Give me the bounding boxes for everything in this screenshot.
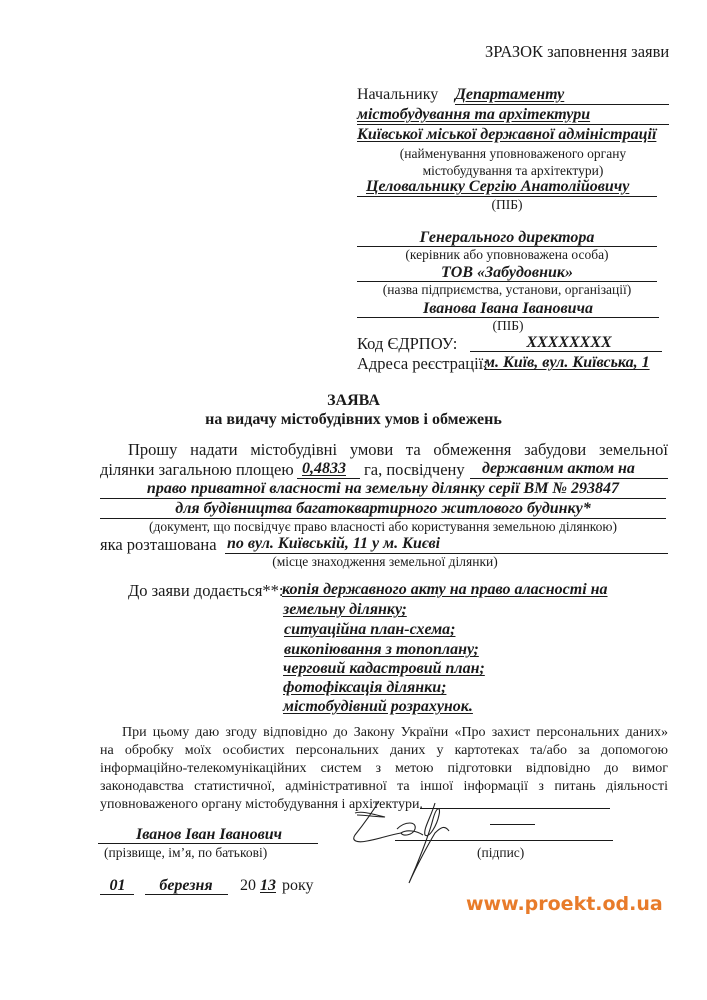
- attachments-label: До заяви додається**:: [128, 581, 284, 601]
- company-caption: (назва підприємства, установи, організац…: [357, 282, 657, 298]
- edrpou-label: Код ЄДРПОУ:: [357, 334, 457, 354]
- underline: [100, 498, 666, 499]
- underline: [455, 104, 669, 105]
- consent-line: законодавства статистичної, адміністрати…: [100, 779, 668, 795]
- consent-line: на обробку моїх особистих персональних д…: [100, 743, 668, 759]
- attachment-item: земельну ділянку;: [283, 601, 407, 619]
- underline: [145, 894, 228, 895]
- consent-line: При цьому даю згоду відповідно до Закону…: [122, 725, 668, 741]
- address-label: Адреса реєстрації:: [357, 354, 488, 374]
- attachment-item: фотофіксація ділянки;: [283, 679, 446, 697]
- underline: [470, 478, 668, 479]
- attachment-item: черговий кадастровий план;: [283, 660, 485, 678]
- document-part-1: державним актом на: [482, 460, 635, 478]
- document-title: ЗАЯВА: [0, 392, 707, 410]
- department-line-3: Київської міської державної адміністраці…: [357, 126, 656, 144]
- date-year-suffix: 13: [260, 877, 276, 895]
- signer-full-name: Іванов Іван Іванович: [100, 826, 318, 844]
- attachment-item: копія державного акту на право аласності…: [282, 581, 608, 599]
- sample-label: ЗРАЗОК заповнення заяви: [485, 42, 669, 62]
- website-link[interactable]: www.proekt.od.ua: [466, 893, 663, 915]
- area-prefix: ділянки загальною площею: [100, 460, 294, 480]
- location-prefix: яка розташована: [100, 535, 217, 555]
- head-name-caption: (ПІБ): [357, 197, 657, 213]
- edrpou-value: XXXXXXXX: [476, 334, 662, 352]
- attachment-item: містобудівний розрахунок.: [283, 698, 473, 716]
- department-caption-2: містобудування та архітектури): [357, 163, 669, 179]
- applicant-name: Іванова Івана Івановича: [357, 300, 659, 318]
- location-caption: (місце знаходження земельної ділянки): [225, 554, 545, 570]
- date-day: 01: [101, 877, 134, 895]
- handwritten-signature-icon: [345, 795, 505, 895]
- underline: [297, 478, 360, 479]
- attachment-item: ситуаційна план-схема;: [284, 621, 455, 639]
- date-year-prefix: 20: [240, 877, 256, 895]
- underline: [357, 124, 669, 125]
- underline: [470, 351, 662, 352]
- location-value: по вул. Київській, 11 у м. Києві: [227, 535, 440, 553]
- address-value: м. Київ, вул. Київська, 1: [484, 354, 650, 372]
- area-value: 0,4833: [302, 460, 346, 478]
- department-line-1: Департаменту: [455, 86, 564, 104]
- document-part-3: для будівництва багатоквартирного житлов…: [100, 500, 666, 518]
- underline: [98, 843, 318, 844]
- position-caption: (керівник або уповноважена особа): [357, 247, 657, 263]
- applicant-position: Генерального директора: [357, 229, 657, 247]
- area-suffix: га, посвідчену: [364, 460, 465, 480]
- head-name: Целовальнику Сергію Анатолійовичу: [366, 178, 629, 196]
- department-line-2: містобудування та архітектури: [357, 106, 590, 124]
- date-year-word: року: [282, 877, 314, 895]
- document-caption: (документ, що посвідчує право власності …: [100, 519, 666, 535]
- request-line-1: Прошу надати містобудівні умови та обмеж…: [128, 440, 668, 460]
- date-month: березня: [146, 877, 226, 895]
- document-part-2: право приватної власності на земельну ді…: [100, 480, 666, 498]
- document-subtitle: на видачу містобудівних умов і обмежень: [0, 411, 707, 429]
- to-prefix: Начальнику: [357, 86, 438, 104]
- department-caption-1: (найменування уповноваженого органу: [357, 146, 669, 162]
- applicant-name-caption: (ПІБ): [357, 318, 659, 334]
- attachment-item: викопіювання з топоплану;: [284, 641, 479, 659]
- underline: [100, 894, 134, 895]
- full-name-caption: (прізвище, ім’я, по батькові): [104, 845, 267, 861]
- consent-line: інформаційно-телекомунікаційних систем з…: [100, 761, 668, 777]
- company-name: ТОВ «Забудовник»: [357, 264, 657, 282]
